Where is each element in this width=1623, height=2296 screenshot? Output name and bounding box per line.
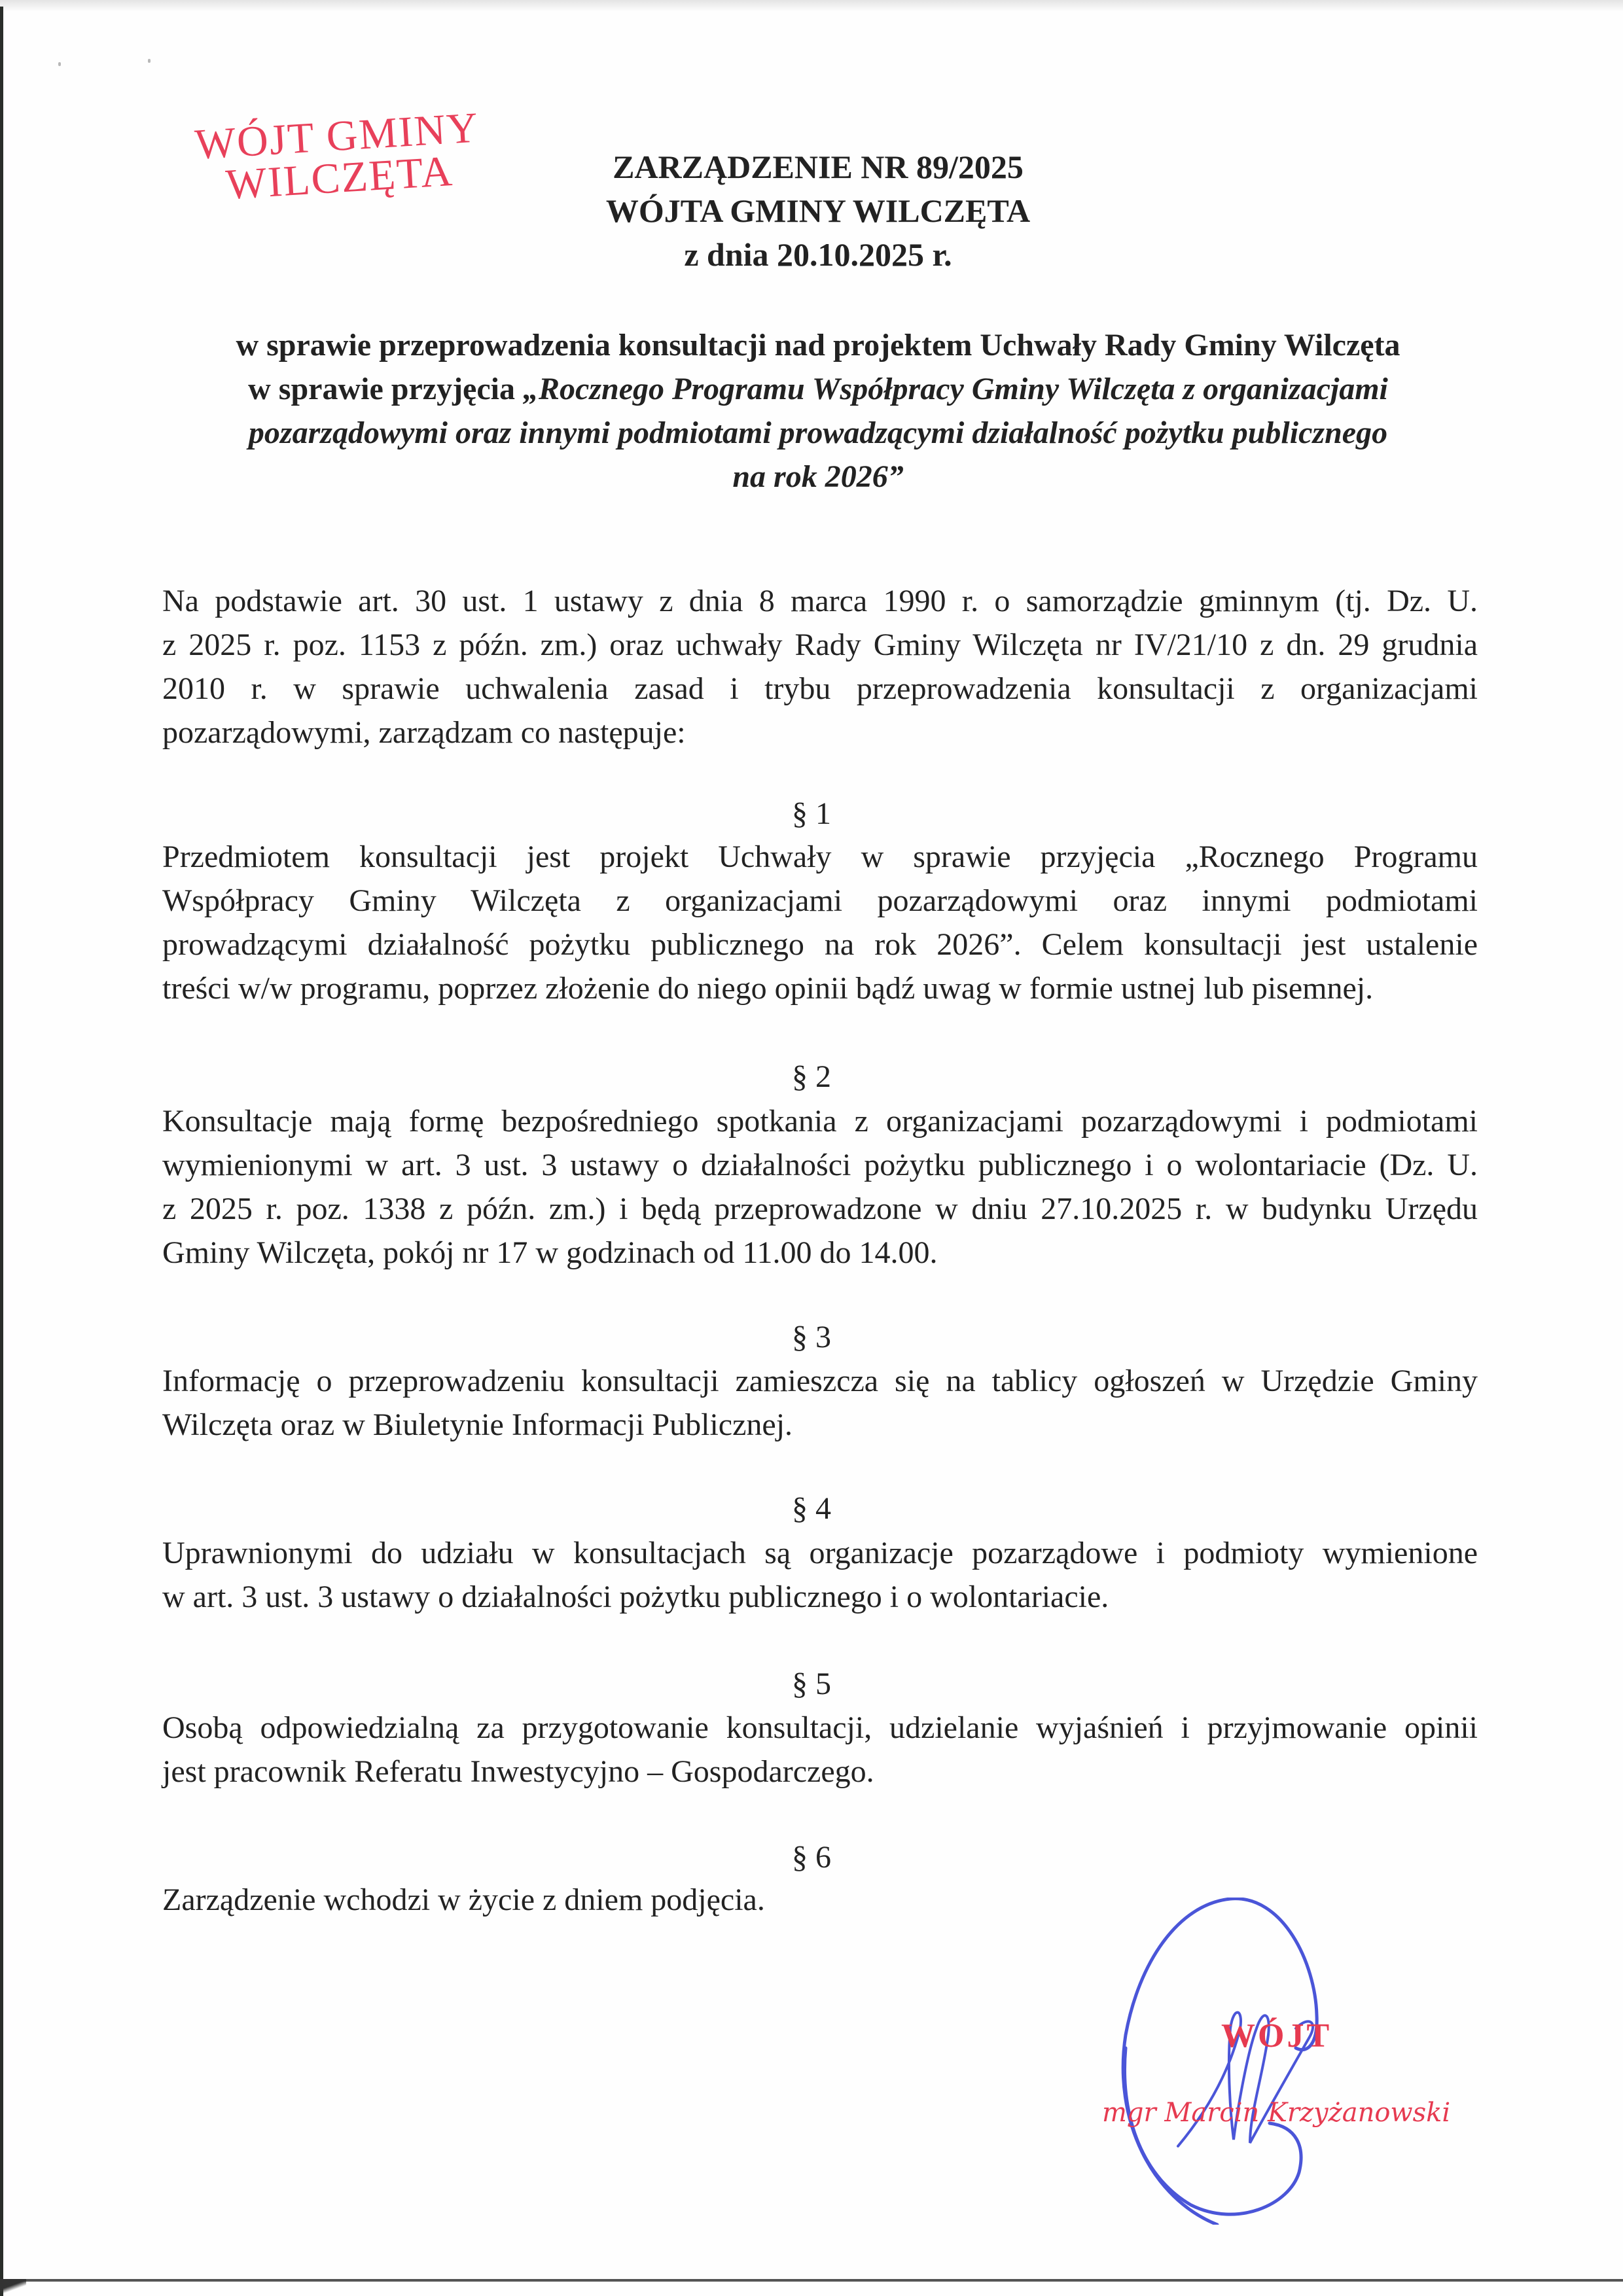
section-3-paragraph: Informację o przeprowadzeniu konsultacji… (162, 1359, 1478, 1447)
paragraph-line: treści w/w programu, poprzez złożenie do… (162, 966, 1478, 1010)
subject-italic: na rok 2026” (732, 459, 903, 494)
paragraph-line: Informację o przeprowadzeniu konsultacji… (162, 1359, 1478, 1403)
signature-block: WÓJT mgr Marcin Krzyżanowski (1099, 1898, 1466, 2225)
section-5-heading: § 5 (0, 1662, 1623, 1706)
paragraph-line: z 2025 r. poz. 1153 z późn. zm.) oraz uc… (162, 623, 1478, 667)
paragraph-line: Na podstawie art. 30 ust. 1 ustawy z dni… (162, 579, 1478, 623)
section-2-paragraph: Konsultacje mają formę bezpośredniego sp… (162, 1099, 1478, 1275)
paragraph-line: Współpracy Gminy Wilczęta z organizacjam… (162, 879, 1478, 923)
document-subject: w sprawie przeprowadzenia konsultacji na… (157, 323, 1479, 499)
section-4-heading: § 4 (0, 1487, 1623, 1530)
document-title: ZARZĄDZENIE NR 89/2025 (589, 145, 1047, 189)
section-6-heading: § 6 (0, 1835, 1623, 1879)
paragraph-line: jest pracownik Referatu Inwestycyjno – G… (162, 1750, 1478, 1793)
section-1-paragraph: Przedmiotem konsultacji jest projekt Uch… (162, 835, 1478, 1010)
subject-italic: pozarządowymi oraz innymi podmiotami pro… (249, 415, 1387, 450)
paragraph-line: Konsultacje mają formę bezpośredniego sp… (162, 1099, 1478, 1143)
paragraph-line: Przedmiotem konsultacji jest projekt Uch… (162, 835, 1478, 879)
paragraph-line: prowadzącymi działalność pożytku publicz… (162, 923, 1478, 966)
subject-line-4: na rok 2026” (157, 455, 1479, 499)
section-4-paragraph: Uprawnionymi do udziału w konsultacjach … (162, 1531, 1478, 1619)
paragraph-line: Osobą odpowiedzialną za przygotowanie ko… (162, 1706, 1478, 1750)
section-3-heading: § 3 (0, 1315, 1623, 1359)
paragraph-line: w art. 3 ust. 3 ustawy o działalności po… (162, 1575, 1478, 1619)
section-2-heading: § 2 (0, 1055, 1623, 1099)
scan-speck (148, 59, 151, 63)
scan-speck (58, 62, 61, 66)
subject-line-1: w sprawie przeprowadzenia konsultacji na… (157, 323, 1479, 367)
scan-edge-bottom (0, 2279, 1623, 2282)
paragraph-line: Uprawnionymi do udziału w konsultacjach … (162, 1531, 1478, 1575)
issuer-line: WÓJTA GMINY WILCZĘTA (589, 189, 1047, 233)
preamble-paragraph: Na podstawie art. 30 ust. 1 ustawy z dni… (162, 579, 1478, 754)
paragraph-line: 2010 r. w sprawie uchwalenia zasad i try… (162, 667, 1478, 711)
office-stamp: WÓJT GMINY WILCZĘTA (194, 107, 483, 207)
scan-edge-left (0, 7, 3, 2296)
subject-italic: „Rocznego Programu Współpracy Gminy Wilc… (523, 372, 1388, 406)
scan-edge-top (0, 0, 1623, 10)
section-5-paragraph: Osobą odpowiedzialną za przygotowanie ko… (162, 1706, 1478, 1793)
subject-line-3: pozarządowymi oraz innymi podmiotami pro… (157, 411, 1479, 455)
issue-date: z dnia 20.10.2025 r. (589, 233, 1047, 277)
subject-line-2: w sprawie przyjęcia „Rocznego Programu W… (157, 367, 1479, 411)
paragraph-line: pozarządowymi, zarządzam co następuje: (162, 711, 1478, 754)
signature-title-stamp: WÓJT (1221, 2017, 1332, 2055)
document-header: ZARZĄDZENIE NR 89/2025 WÓJTA GMINY WILCZ… (589, 145, 1047, 277)
subject-prefix: w sprawie przyjęcia (248, 372, 523, 406)
section-1-heading: § 1 (0, 792, 1623, 836)
signatory-name-stamp: mgr Marcin Krzyżanowski (1102, 2098, 1450, 2128)
paragraph-line: z 2025 r. poz. 1338 z późn. zm.) i będą … (162, 1187, 1478, 1231)
paragraph-line: Wilczęta oraz w Biuletynie Informacji Pu… (162, 1403, 1478, 1447)
paragraph-line: wymienionymi w art. 3 ust. 3 ustawy o dz… (162, 1143, 1478, 1187)
handwritten-signature-icon (1099, 1898, 1466, 2225)
paragraph-line: Gminy Wilczęta, pokój nr 17 w godzinach … (162, 1231, 1478, 1275)
scan-corner (0, 2279, 26, 2296)
